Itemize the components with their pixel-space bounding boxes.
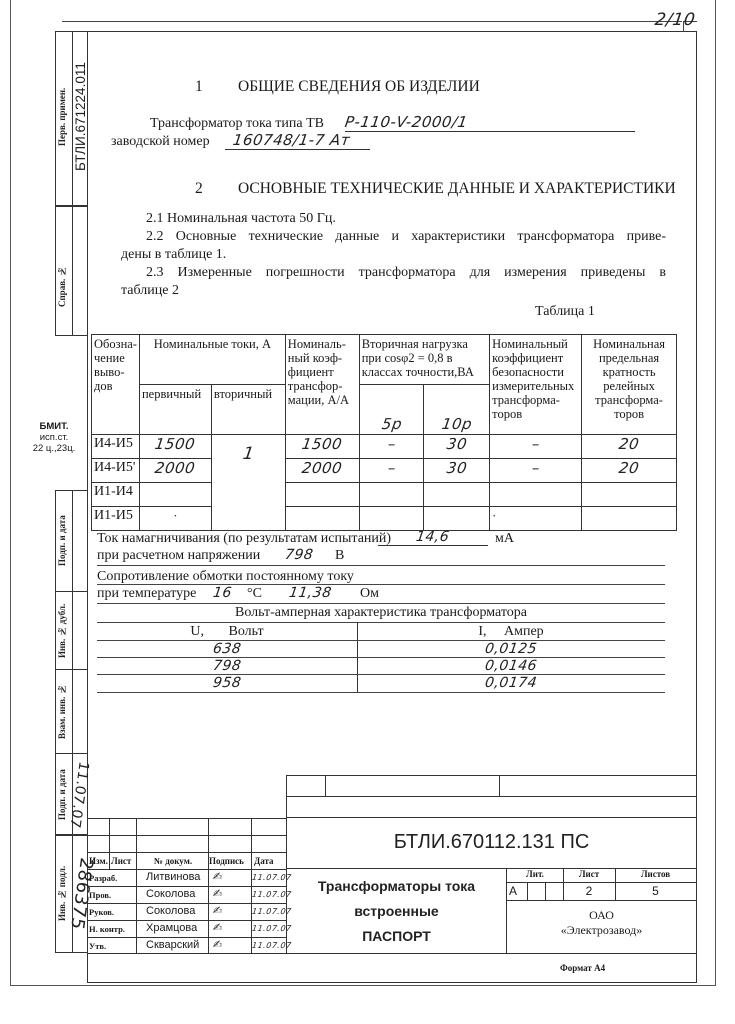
resistance-unit: Ом (360, 585, 379, 603)
signature-n-kontr: ✍ (212, 921, 224, 934)
cell-secondary: 1 (242, 447, 255, 461)
header-ratio: Номиналь-ный коэф-фициент трансфор-мации… (285, 335, 359, 435)
cell-ratio: 1500 (301, 437, 343, 451)
cell-burden-5p (359, 507, 424, 531)
role-n-kontr: Н. контр. (89, 924, 125, 934)
type-value: Р-110-V-2000/1 (344, 113, 469, 131)
section2-title: ОСНОВНЫЕ ТЕХНИЧЕСКИЕ ДАННЫЕ И ХАРАКТЕРИС… (238, 180, 676, 198)
cell-ratio (285, 483, 359, 507)
divider (88, 869, 286, 870)
header-class-5p: 5р (381, 417, 403, 431)
vac-i-2: 0,0174 (357, 674, 665, 692)
vac-u-1: 798 (97, 657, 357, 675)
divider (88, 835, 286, 836)
podp-data2-label: Подп. и дата (57, 759, 67, 831)
divider (88, 818, 286, 819)
perv-primen-box: Перв. примен. БТЛИ.671224.011 (55, 31, 88, 206)
divider (136, 818, 137, 954)
header-secondary: вторичный (211, 385, 285, 435)
name-prov: Соколова (146, 888, 195, 900)
magnetizing-underline: 14,6 (378, 528, 488, 546)
name-rukov: Соколова (146, 905, 195, 917)
vac-u-value: 958 (212, 675, 242, 691)
hdr-date: Дата (254, 856, 274, 866)
cell-ratio: 2000 (301, 461, 343, 475)
header-nominal-currents: Номинальные токи, А (139, 335, 285, 385)
cell-safety: – (531, 437, 541, 451)
vac-i-value: 0,0125 (484, 641, 538, 657)
vac-title: Вольт-амперная характеристика трансформа… (97, 604, 665, 622)
cell-burden-5p: – (387, 437, 397, 451)
cell-burden-10p (424, 507, 490, 531)
vac-u-0: 638 (97, 640, 357, 658)
vac-i-value: 0,0146 (484, 658, 538, 674)
vac-i-value: 0,0174 (484, 675, 538, 691)
divider (251, 818, 252, 954)
resistance-field: 11,38 (270, 584, 350, 602)
cell-limit: 20 (618, 461, 640, 475)
podp-data-label: Подп. и дата (57, 501, 67, 581)
top-border-line (62, 21, 682, 22)
lit-value: А (509, 884, 517, 898)
divider (545, 882, 546, 900)
cell-safety (490, 483, 582, 507)
table-row: И1-И4 (92, 483, 677, 507)
divider (88, 920, 286, 921)
section1-number: 1 (195, 78, 203, 96)
org-line-1: ОАО (507, 908, 696, 923)
vac-i-0: 0,0125 (357, 640, 665, 658)
header-class-10p: 10р (441, 417, 473, 431)
table-row: И4-И5 1500 1 1500 – 30 – 20 (92, 435, 677, 459)
cell-burden-10p: 30 (446, 461, 468, 475)
cell-primary: · (139, 507, 211, 531)
table-row: И1-И5 · · (92, 507, 677, 531)
table-caption: Таблица 1 (535, 303, 595, 321)
vac-u-value: 798 (212, 658, 242, 674)
inv-podl-box: Инв. № подл. 286375 (55, 835, 88, 953)
cell-primary (139, 483, 211, 507)
resistance-value: 11,38 (288, 585, 333, 601)
product-line-2: встроенные (287, 903, 506, 919)
cell-ratio (285, 507, 359, 531)
role-prov: Пров. (89, 890, 111, 900)
format-label: Формат А4 (560, 963, 605, 973)
cell-designation: И1-И5 (92, 507, 140, 531)
tb-second-row (286, 796, 697, 818)
para-2-2a: 2.2 Основные технические данные и характ… (146, 228, 666, 246)
divider (56, 669, 87, 670)
signature-prov: ✍ (212, 887, 224, 900)
voltage-field: 798 (270, 546, 328, 564)
role-razrab: Разраб. (89, 873, 117, 883)
serial-label: заводской номер (111, 133, 210, 151)
tb-product: Трансформаторы тока встроенные ПАСПОРТ (286, 868, 507, 954)
table-row: И4-И5' 2000 2000 – 30 – 20 (92, 459, 677, 483)
signature-razrab: ✍ (212, 870, 224, 883)
signature-utv: ✍ (212, 938, 224, 951)
serial-value: 160748/1-7 Ат (224, 131, 352, 149)
cell-designation: И4-И5 (92, 435, 140, 459)
tb-sheets: Лит. Лист Листов А 2 5 ОАО «Электрозавод… (506, 868, 697, 954)
divider (72, 207, 73, 335)
section2-number: 2 (195, 180, 203, 198)
temp-value: 16 (212, 585, 233, 601)
vac-u-value: 638 (212, 641, 242, 657)
tb-code-row: БТЛИ.670112.131 ПС (286, 817, 697, 869)
name-n-kontr: Храмцова (146, 922, 197, 934)
header-primary: первичный (139, 385, 211, 435)
bmit-line-3: 22 ц.,23ц. (24, 443, 84, 454)
product-line-1: Трансформаторы тока (287, 878, 506, 894)
sprav-box: Справ. № (55, 206, 88, 336)
serial-underline: 160748/1-7 Ат (225, 131, 370, 150)
doc-code: БТЛИ.670112.131 ПС (287, 831, 696, 854)
vac-col-u: U, Вольт (97, 623, 357, 641)
temp-field: 16 (200, 584, 245, 602)
vac-i-1: 0,0146 (357, 657, 665, 675)
cell-primary: 1500 (154, 437, 196, 451)
type-underline: Р-110-V-2000/1 (345, 113, 635, 132)
sprav-label: Справ. № (57, 257, 67, 317)
perv-primen-label: Перв. примен. (57, 62, 67, 172)
magnetizing-value: 14,6 (415, 529, 450, 545)
vzam-inv-label: Взам. инв. № (57, 674, 67, 749)
bmit-line-2: исп.ст. (24, 432, 84, 443)
row-line (97, 565, 665, 566)
section1-title: ОБЩИЕ СВЕДЕНИЯ ОБ ИЗДЕЛИИ (238, 78, 480, 96)
inv-dubl-label: Инв. № дубл. (57, 596, 67, 666)
sheet-label: Лист (563, 869, 615, 879)
name-razrab: Литвинова (146, 871, 200, 883)
hdr-sign: Подпись (209, 856, 244, 866)
cell-designation: И1-И4 (92, 483, 140, 507)
cell-safety: – (531, 461, 541, 475)
magnetizing-unit: мА (495, 530, 514, 548)
signature-rukov: ✍ (212, 904, 224, 917)
product-line-3: ПАСПОРТ (287, 928, 506, 944)
divider (88, 937, 286, 938)
temp-unit: °С (247, 585, 262, 603)
cell-burden-10p: 30 (446, 437, 468, 451)
divider (56, 591, 87, 592)
cell-designation: И4-И5' (92, 459, 140, 483)
voltage-label: при расчетном напряжении (97, 547, 260, 565)
sheet-mark: 2/10 (654, 10, 697, 30)
sheet-value: 2 (563, 884, 615, 898)
cell-limit (582, 507, 677, 531)
tb-changes: Изм. Лист № докум. Подпись Дата Разраб. … (88, 818, 286, 954)
header-designation: Обозна-чение выво-дов (92, 335, 140, 435)
name-utv: Скварский (146, 939, 199, 951)
row-line (97, 692, 665, 693)
lit-label: Лит. (507, 869, 563, 879)
divider (325, 776, 326, 796)
sheets-label: Листов (615, 869, 696, 879)
voltage-value: 798 (284, 547, 314, 563)
role-utv: Утв. (89, 941, 106, 951)
divider (208, 818, 209, 954)
table-1: Обозна-чение выво-дов Номинальные токи, … (91, 334, 677, 531)
cell-burden-5p (359, 483, 424, 507)
hdr-izm: Изм. (89, 856, 108, 866)
magnetizing-label: Ток намагничивания (по результатам испыт… (97, 530, 391, 548)
vac-col-i: I, Ампер (357, 623, 665, 641)
divider (56, 753, 87, 754)
lower-margin-box: Подп. и дата Инв. № дубл. Взам. инв. № П… (55, 490, 88, 835)
org-line-2: «Электрозавод» (507, 923, 696, 938)
para-2-3a: 2.3 Измеренные погрешности трансформатор… (146, 264, 666, 282)
divider (507, 882, 696, 883)
vac-u-2: 958 (97, 674, 357, 692)
cell-burden-10p (424, 483, 490, 507)
divider (109, 818, 110, 869)
para-2-2b: дены в таблице 1. (121, 246, 226, 264)
sheets-value: 5 (615, 884, 696, 898)
cell-burden-5p: – (387, 461, 397, 475)
voltage-unit: В (335, 547, 344, 565)
divider (88, 852, 286, 853)
divider (88, 953, 286, 954)
bmit-note: БМИТ. исп.ст. 22 ц.,23ц. (24, 421, 84, 454)
divider (88, 903, 286, 904)
header-burden: Вторичная нагрузка при cosφ2 = 0,8 в кла… (359, 335, 489, 385)
bmit-line-1: БМИТ. (24, 421, 84, 432)
perv-primen-value: БТЛИ.671224.011 (73, 62, 88, 172)
role-rukov: Руков. (89, 907, 114, 917)
tb-top-row (286, 775, 697, 797)
divider (507, 900, 696, 901)
cell-limit (582, 483, 677, 507)
divider (527, 882, 528, 900)
header-limit-factor: Номинальная предельная кратность релейны… (582, 335, 677, 435)
cell-limit: 20 (618, 437, 640, 451)
hdr-doc-no: № докум. (138, 856, 208, 866)
header-safety-factor: Номинальный коэффициент безопасности изм… (490, 335, 582, 435)
cell-primary: 2000 (154, 461, 196, 475)
divider (88, 886, 286, 887)
cell-safety: · (490, 507, 582, 531)
divider (499, 776, 500, 796)
para-2-1: 2.1 Номинальная частота 50 Гц. (146, 210, 336, 228)
para-2-3b: таблице 2 (121, 282, 179, 300)
hdr-list: Лист (111, 856, 131, 866)
temp-label: при температуре (97, 585, 196, 603)
